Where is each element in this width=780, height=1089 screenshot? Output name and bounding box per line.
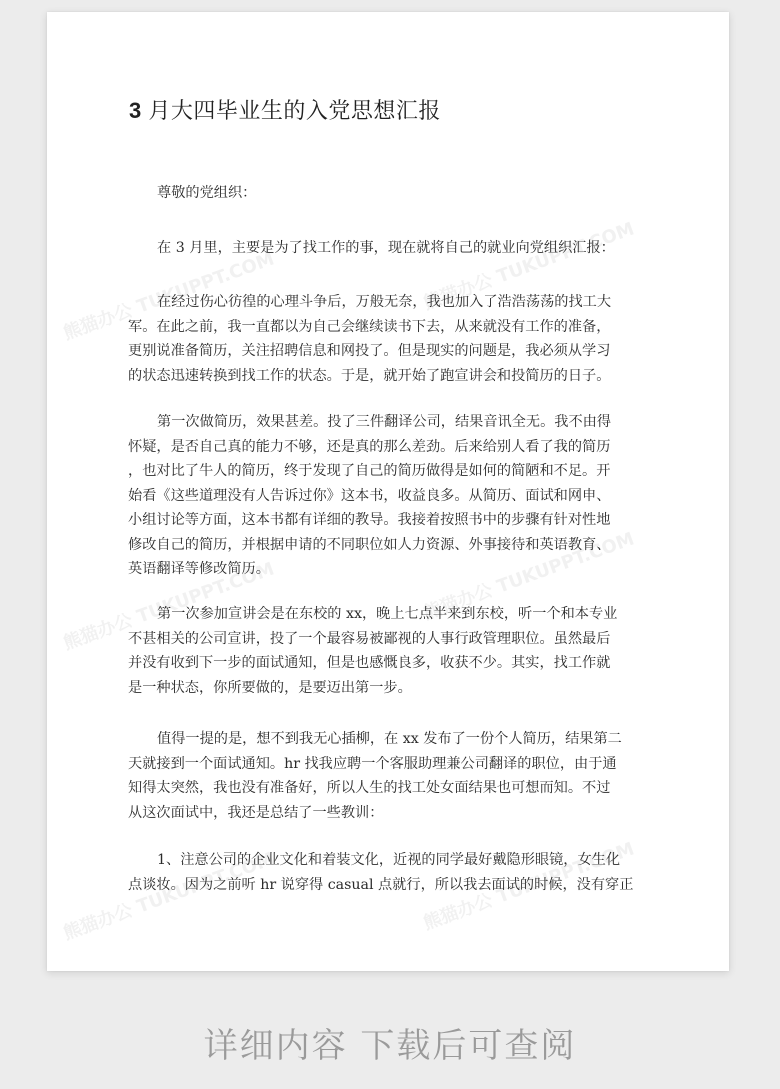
paragraph-line: 在经过伤心彷徨的心理斗争后，万般无奈，我也加入了浩浩荡荡的找工大 — [128, 290, 652, 315]
paragraph-line: 在 3 月里，主要是为了找工作的事，现在就将自己的就业向党组织汇报： — [128, 236, 652, 261]
greeting: 尊敬的党组织： — [128, 181, 652, 206]
download-prompt: 详细内容 下载后可查阅 — [0, 1018, 780, 1067]
title-text: 月大四毕业生的入党思想汇报 — [142, 98, 441, 123]
paragraph-first-seminar: 第一次参加宣讲会是在东校的 xx，晚上七点半来到东校，听一个和本专业 不甚相关的… — [128, 602, 652, 700]
paragraph-intro: 在 3 月里，主要是为了找工作的事，现在就将自己的就业向党组织汇报： — [128, 236, 652, 261]
paragraph-line: ，也对比了牛人的简历，终于发现了自己的简历做得是如何的简陋和不足。开 — [128, 459, 652, 484]
paragraph-line: 第一次参加宣讲会是在东校的 xx，晚上七点半来到东校，听一个和本专业 — [128, 602, 652, 627]
paragraph-line: 第一次做简历，效果甚差。投了三件翻译公司，结果音讯全无。我不由得 — [128, 410, 652, 435]
paragraph-line: 修改自己的简历，并根据申请的不同职位如人力资源、外事接待和英语教育、 — [128, 533, 652, 558]
paragraph-first-resume: 第一次做简历，效果甚差。投了三件翻译公司，结果音讯全无。我不由得 怀疑，是否自己… — [128, 410, 652, 582]
paragraph-first-interview: 值得一提的是，想不到我无心插柳，在 xx 发布了一份个人简历，结果第二 天就接到… — [128, 727, 652, 825]
paragraph-line: 并没有收到下一步的面试通知，但是也感慨良多，收获不少。其实，找工作就 — [128, 651, 652, 676]
paragraph-line: 点谈妆。因为之前听 hr 说穿得 casual 点就行，所以我去面试的时候，没有… — [128, 873, 652, 898]
paragraph-job-hunt-start: 在经过伤心彷徨的心理斗争后，万般无奈，我也加入了浩浩荡荡的找工大 军。在此之前，… — [128, 290, 652, 388]
paragraph-line: 小组讨论等方面，这本书都有详细的教导。我接着按照书中的步骤有针对性地 — [128, 508, 652, 533]
paragraph-line: 的状态迅速转换到找工作的状态。于是，就开始了跑宣讲会和投简历的日子。 — [128, 364, 652, 389]
paragraph-line: 是一种状态，你所要做的，是要迈出第一步。 — [128, 676, 652, 701]
paragraph-line: 天就接到一个面试通知。hr 找我应聘一个客服助理兼公司翻译的职位，由于通 — [128, 752, 652, 777]
paragraph-line: 怀疑，是否自己真的能力不够，还是真的那么差劲。后来给别人看了我的简历 — [128, 435, 652, 460]
paragraph-line: 1、注意公司的企业文化和着装文化，近视的同学最好戴隐形眼镜，女生化 — [128, 848, 652, 873]
paragraph-line: 英语翻译等修改简历。 — [128, 557, 652, 582]
greeting-text: 尊敬的党组织： — [128, 181, 652, 206]
paragraph-line: 军。在此之前，我一直都以为自己会继续读书下去，从来就没有工作的准备， — [128, 315, 652, 340]
document-page: 熊猫办公 TUKUPPT.COM 熊猫办公 TUKUPPT.COM 熊猫办公 T… — [47, 12, 729, 971]
title-number: 3 — [129, 98, 142, 123]
paragraph-line: 值得一提的是，想不到我无心插柳，在 xx 发布了一份个人简历，结果第二 — [128, 727, 652, 752]
document-title: 3 月大四毕业生的入党思想汇报 — [129, 94, 441, 125]
paragraph-line: 知得太突然，我也没有准备好，所以人生的找工处女面结果也可想而知。不过 — [128, 776, 652, 801]
paragraph-line: 始看《这些道理没有人告诉过你》这本书，收益良多。从简历、面试和网申、 — [128, 484, 652, 509]
paragraph-lesson-1: 1、注意公司的企业文化和着装文化，近视的同学最好戴隐形眼镜，女生化 点谈妆。因为… — [128, 848, 652, 897]
paragraph-line: 更别说准备简历，关注招聘信息和网投了。但是现实的问题是，我必须从学习 — [128, 339, 652, 364]
paragraph-line: 从这次面试中，我还是总结了一些教训： — [128, 801, 652, 826]
paragraph-line: 不甚相关的公司宣讲，投了一个最容易被鄙视的人事行政管理职位。虽然最后 — [128, 627, 652, 652]
